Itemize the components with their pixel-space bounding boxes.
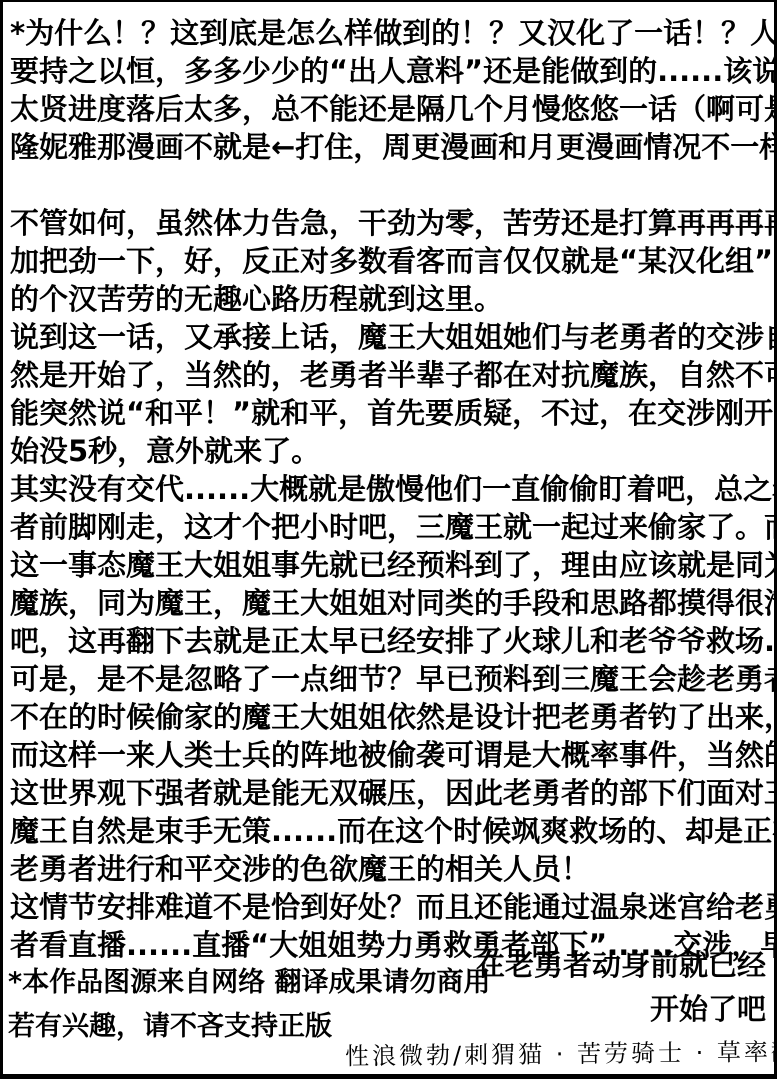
text-line: 隆妮雅那漫画不就是←打住，周更漫画和月更漫画情况不一样） (10, 128, 776, 166)
right-aligned-continuation-line: 在老勇者动身前就已经 (476, 946, 766, 984)
text-line: 说到这一话，又承接上话，魔王大姐姐她们与老勇者的交涉自 (10, 318, 776, 356)
text-line: 加把劲一下，好，反正对多数看客而言仅仅就是“某汉化组” (10, 242, 776, 280)
paragraph-1: *为什么！？这到底是怎么样做到的！？又汉化了一话！？人只 要持之以恒，多多少少的… (10, 14, 776, 166)
text-line: 其实没有交代......大概就是傲慢他们一直偷偷盯着吧，总之老勇 (10, 470, 776, 508)
text-line: 的个汉苦劳的无趣心路历程就到这里。 (10, 280, 776, 318)
text-line: 吧，这再翻下去就是正太早已经安排了火球儿和老爷爷救场..... (10, 622, 776, 660)
support-official-line: 若有兴趣，请不吝支持正版 (8, 1010, 332, 1044)
translator-credit-signature: 性浪微勃/刺猬猫 · 苦劳骑士 · 草率翻译 (345, 1031, 777, 1071)
text-line: 始没5秒，意外就来了。 (10, 432, 776, 470)
text-line: 可是，是不是忽略了一点细节？早已预料到三魔王会趁老勇者 (10, 660, 776, 698)
paragraph-2: 不管如何，虽然体力告急，干劲为零，苦劳还是打算再再再再 加把劲一下，好，反正对多… (10, 204, 776, 318)
text-line: 太贤进度落后太多，总不能还是隔几个月慢悠悠一话（啊可是 (10, 90, 776, 128)
text-line: 不管如何，虽然体力告急，干劲为零，苦劳还是打算再再再再 (10, 204, 776, 242)
text-line: 魔王自然是束手无策......而在这个时候飒爽救场的、却是正在和 (10, 812, 776, 850)
text-line: 然是开始了，当然的，老勇者半辈子都在对抗魔族，自然不可 (10, 356, 776, 394)
text-line: 要持之以恒，多多少少的“出人意料”还是能做到的......该说正 (10, 52, 776, 90)
translator-notes-text: *为什么！？这到底是怎么样做到的！？又汉化了一话！？人只 要持之以恒，多多少少的… (10, 14, 776, 964)
text-line: 老勇者进行和平交涉的色欲魔王的相关人员！ (10, 850, 776, 888)
text-line: 能突然说“和平！”就和平，首先要质疑，不过，在交涉刚开 (10, 394, 776, 432)
text-line: 这一事态魔王大姐姐事先就已经预料到了，理由应该就是同为 (10, 546, 776, 584)
text-line: 者前脚刚走，这才个把小时吧，三魔王就一起过来偷家了。而 (10, 508, 776, 546)
text-line: 这世界观下强者就是能无双碾压，因此老勇者的部下们面对三 (10, 774, 776, 812)
paragraph-4: 其实没有交代......大概就是傲慢他们一直偷偷盯着吧，总之老勇 者前脚刚走，这… (10, 470, 776, 888)
text-line: 而这样一来人类士兵的阵地被偷袭可谓是大概率事件，当然的 (10, 736, 776, 774)
text-line: 不在的时候偷家的魔王大姐姐依然是设计把老勇者钓了出来， (10, 698, 776, 736)
paragraph-3: 说到这一话，又承接上话，魔王大姐姐她们与老勇者的交涉自 然是开始了，当然的，老勇… (10, 318, 776, 470)
text-line: 这情节安排难道不是恰到好处？而且还能通过温泉迷宫给老勇 (10, 888, 776, 926)
text-line: *为什么！？这到底是怎么样做到的！？又汉化了一话！？人只 (10, 14, 776, 52)
right-aligned-continuation-line: 开始了吧 (650, 990, 766, 1028)
source-disclaimer-line: *本作品图源来自网络 翻译成果请勿商用 (8, 966, 491, 1000)
scanlation-notes-page: *为什么！？这到底是怎么样做到的！？又汉化了一话！？人只 要持之以恒，多多少少的… (0, 0, 777, 1079)
text-line: 魔族，同为魔王，魔王大姐姐对同类的手段和思路都摸得很清 (10, 584, 776, 622)
